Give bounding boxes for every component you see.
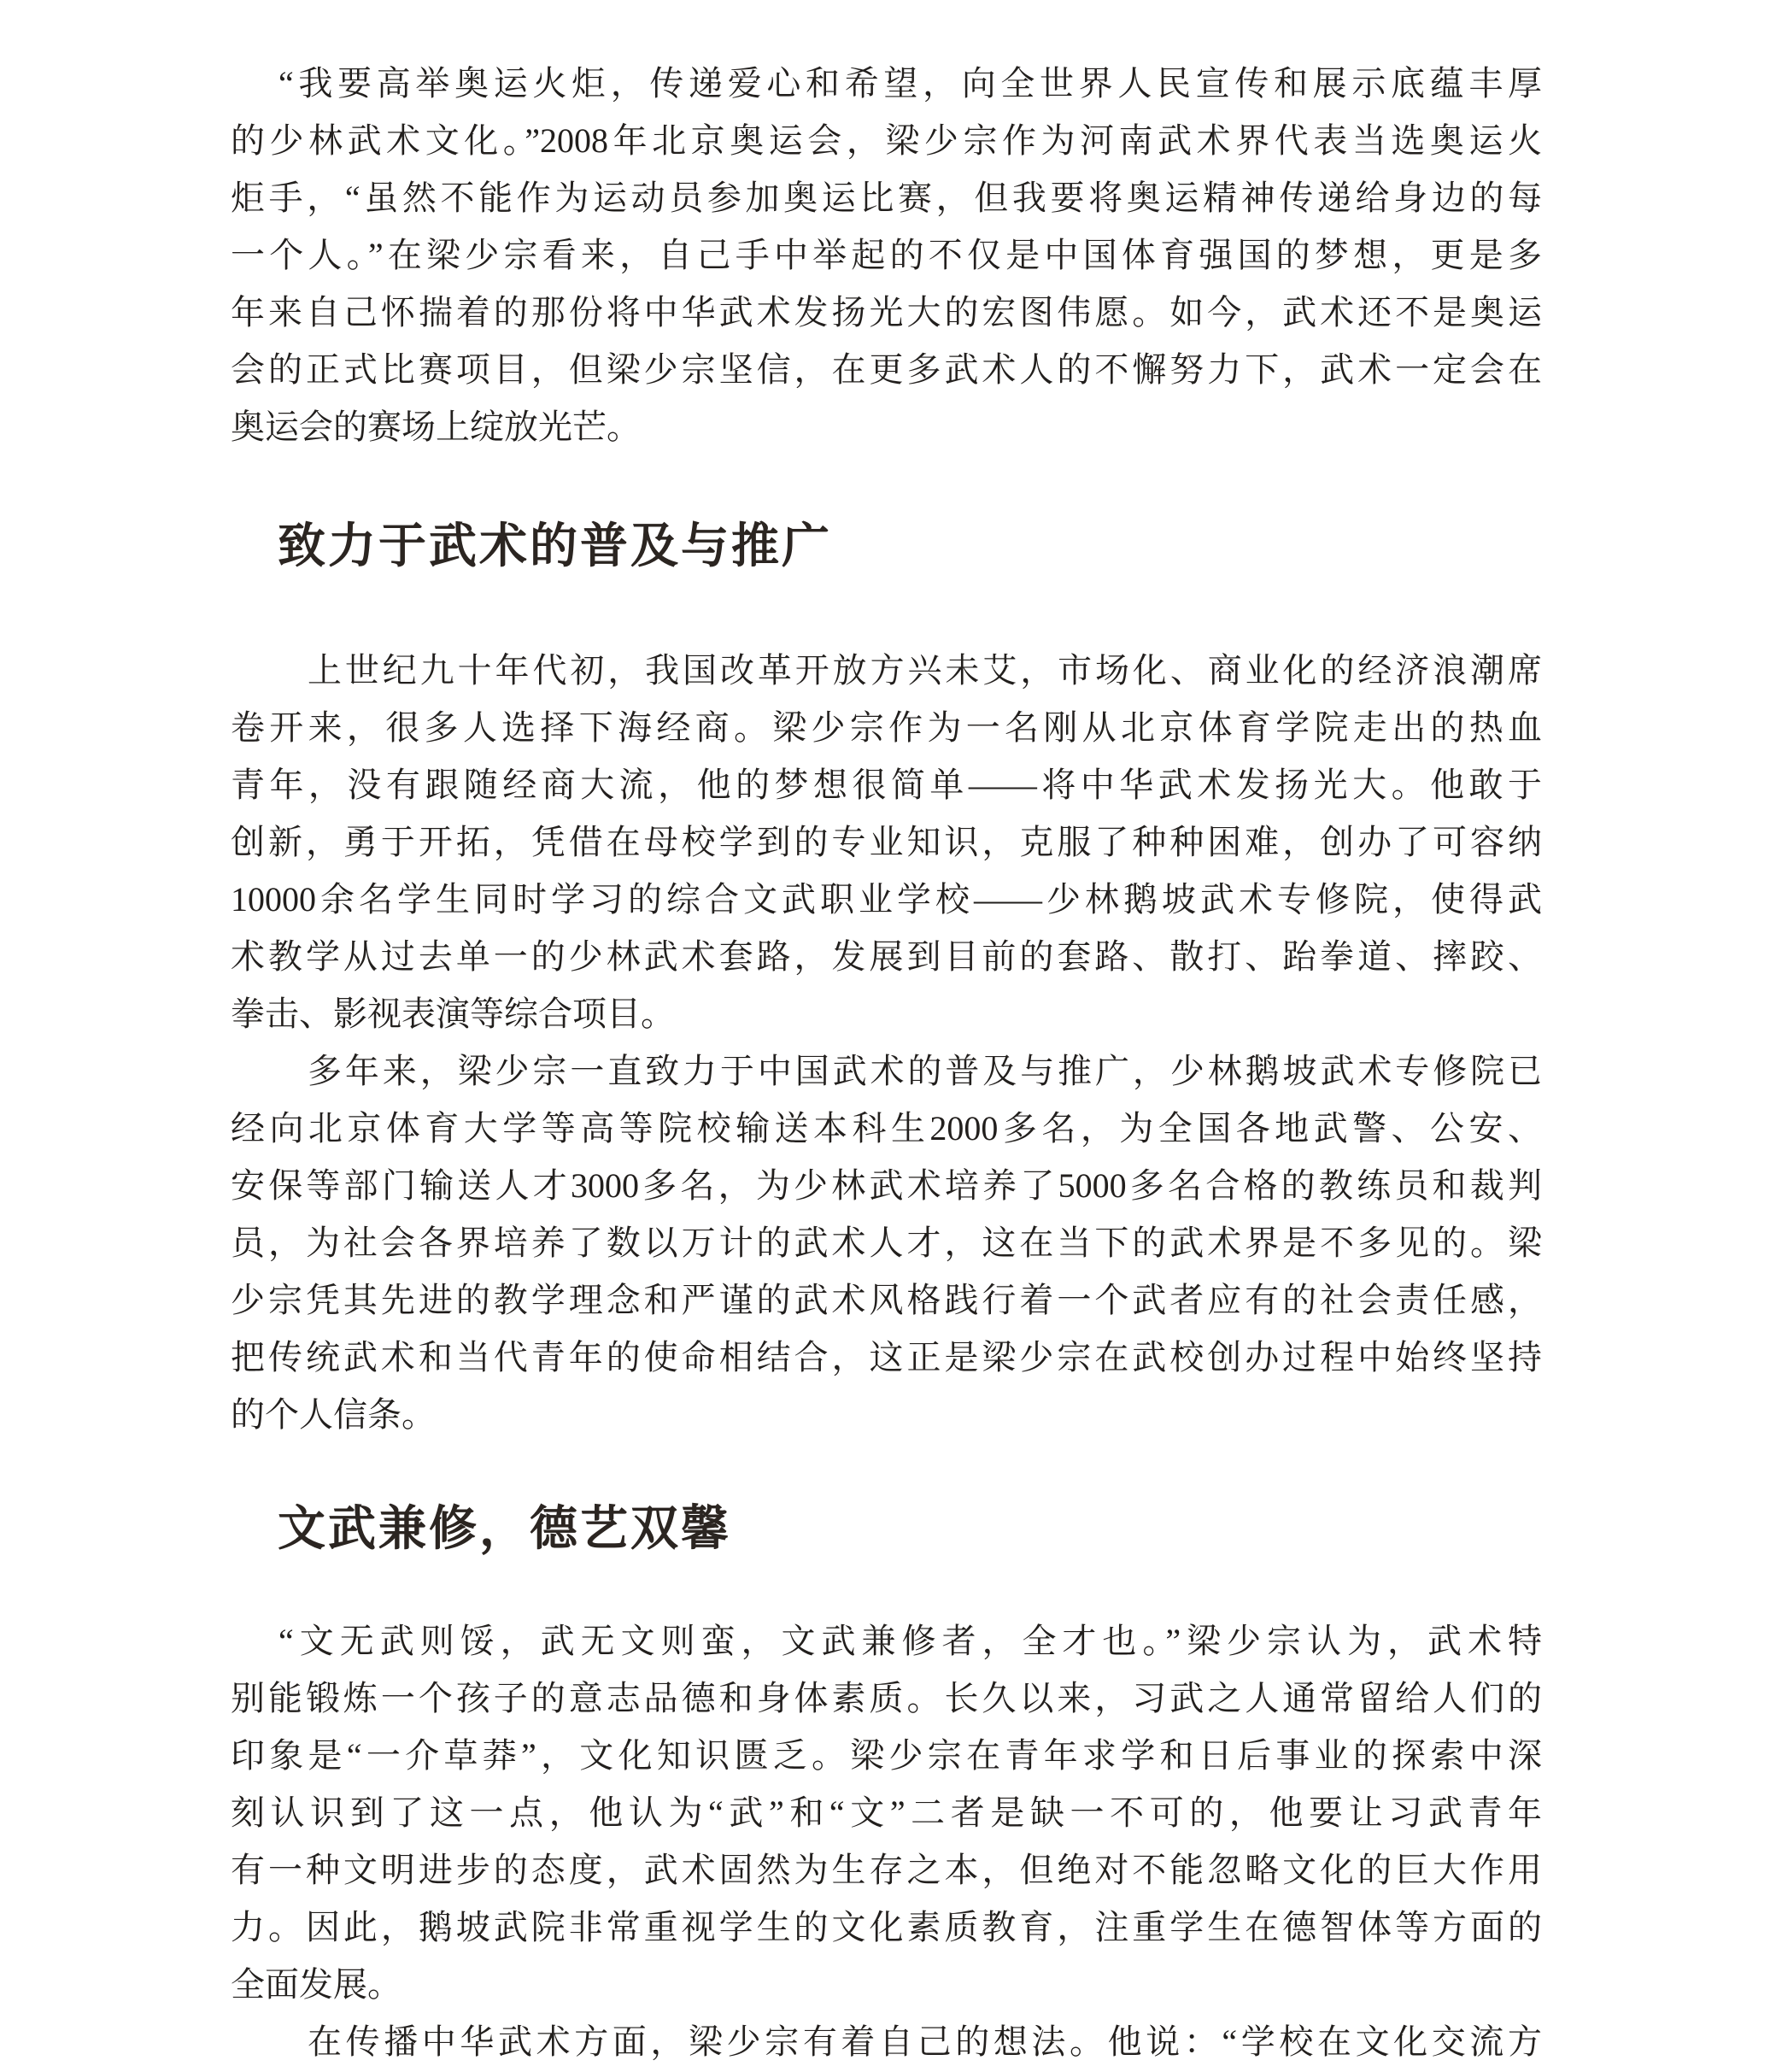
text-line: 奥运会的赛场上绽放光芒。	[231, 398, 1542, 455]
document-page: “我要高举奥运火炬，传递爱心和希望，向全世界人民宣传和展示底蕴丰厚的少林武术文化…	[0, 0, 1776, 2072]
text-line: 把传统武术和当代青年的使命相结合，这正是梁少宗在武校创办过程中始终坚持	[231, 1329, 1542, 1386]
text-line: 刻认识到了这一点，他认为“武”和“文”二者是缺一不可的，他要让习武青年	[231, 1784, 1542, 1841]
section-heading-1: 致力于武术的普及与推广	[231, 512, 1542, 582]
text-line: 员，为社会各界培养了数以万计的武术人才，这在当下的武术界是不多见的。梁	[231, 1214, 1542, 1271]
text-line: 少宗凭其先进的教学理念和严谨的武术风格践行着一个武者应有的社会责任感，	[231, 1271, 1542, 1329]
text-line: 术教学从过去单一的少林武术套路，发展到目前的套路、散打、跆拳道、摔跤、	[231, 928, 1542, 985]
paragraph-1: “我要高举奥运火炬，传递爱心和希望，向全世界人民宣传和展示底蕴丰厚的少林武术文化…	[231, 55, 1542, 455]
text-line: 的个人信条。	[231, 1386, 1542, 1443]
section-heading-2: 文武兼修，德艺双馨	[231, 1494, 1542, 1564]
text-line: 拳击、影视表演等综合项目。	[231, 985, 1542, 1042]
text-line: 10000余名学生同时学习的综合文武职业学校——少林鹅坡武术专修院，使得武	[231, 871, 1542, 928]
text-line: 在传播中华武术方面，梁少宗有着自己的想法。他说：“学校在文化交流方	[231, 2013, 1542, 2070]
paragraph-5: 在传播中华武术方面，梁少宗有着自己的想法。他说：“学校在文化交流方	[231, 2013, 1542, 2070]
text-line: 经向北京体育大学等高等院校输送本科生2000多名，为全国各地武警、公安、	[231, 1100, 1542, 1157]
text-line: 多年来，梁少宗一直致力于中国武术的普及与推广，少林鹅坡武术专修院已	[231, 1042, 1542, 1100]
article-body: “我要高举奥运火炬，传递爱心和希望，向全世界人民宣传和展示底蕴丰厚的少林武术文化…	[231, 55, 1542, 2070]
text-line: 会的正式比赛项目，但梁少宗坚信，在更多武术人的不懈努力下，武术一定会在	[231, 341, 1542, 398]
text-line: 安保等部门输送人才3000多名，为少林武术培养了5000多名合格的教练员和裁判	[231, 1157, 1542, 1214]
text-line: 炬手，“虽然不能作为运动员参加奥运比赛，但我要将奥运精神传递给身边的每	[231, 169, 1542, 226]
text-line: 印象是“一介草莽”，文化知识匮乏。梁少宗在青年求学和日后事业的探索中深	[231, 1727, 1542, 1784]
text-line: 一个人。”在梁少宗看来，自己手中举起的不仅是中国体育强国的梦想，更是多	[231, 226, 1542, 284]
text-line: “文无武则馁，武无文则蛮，文武兼修者，全才也。”梁少宗认为，武术特	[231, 1612, 1542, 1670]
paragraph-4: “文无武则馁，武无文则蛮，文武兼修者，全才也。”梁少宗认为，武术特别能锻炼一个孩…	[231, 1612, 1542, 2013]
text-line: 的少林武术文化。”2008年北京奥运会，梁少宗作为河南武术界代表当选奥运火	[231, 112, 1542, 169]
text-line: 青年，没有跟随经商大流，他的梦想很简单——将中华武术发扬光大。他敢于	[231, 756, 1542, 813]
text-line: 卷开来，很多人选择下海经商。梁少宗作为一名刚从北京体育学院走出的热血	[231, 699, 1542, 756]
text-line: 有一种文明进步的态度，武术固然为生存之本，但绝对不能忽略文化的巨大作用	[231, 1841, 1542, 1899]
text-line: 年来自己怀揣着的那份将中华武术发扬光大的宏图伟愿。如今，武术还不是奥运	[231, 284, 1542, 341]
paragraph-3: 多年来，梁少宗一直致力于中国武术的普及与推广，少林鹅坡武术专修院已经向北京体育大…	[231, 1042, 1542, 1443]
text-line: 全面发展。	[231, 1956, 1542, 2013]
text-line: 创新，勇于开拓，凭借在母校学到的专业知识，克服了种种困难，创办了可容纳	[231, 813, 1542, 871]
text-line: 力。因此，鹅坡武院非常重视学生的文化素质教育，注重学生在德智体等方面的	[231, 1899, 1542, 1956]
text-line: 别能锻炼一个孩子的意志品德和身体素质。长久以来，习武之人通常留给人们的	[231, 1670, 1542, 1727]
text-line: “我要高举奥运火炬，传递爱心和希望，向全世界人民宣传和展示底蕴丰厚	[231, 55, 1542, 112]
paragraph-2: 上世纪九十年代初，我国改革开放方兴未艾，市场化、商业化的经济浪潮席卷开来，很多人…	[231, 642, 1542, 1042]
text-line: 上世纪九十年代初，我国改革开放方兴未艾，市场化、商业化的经济浪潮席	[231, 642, 1542, 699]
